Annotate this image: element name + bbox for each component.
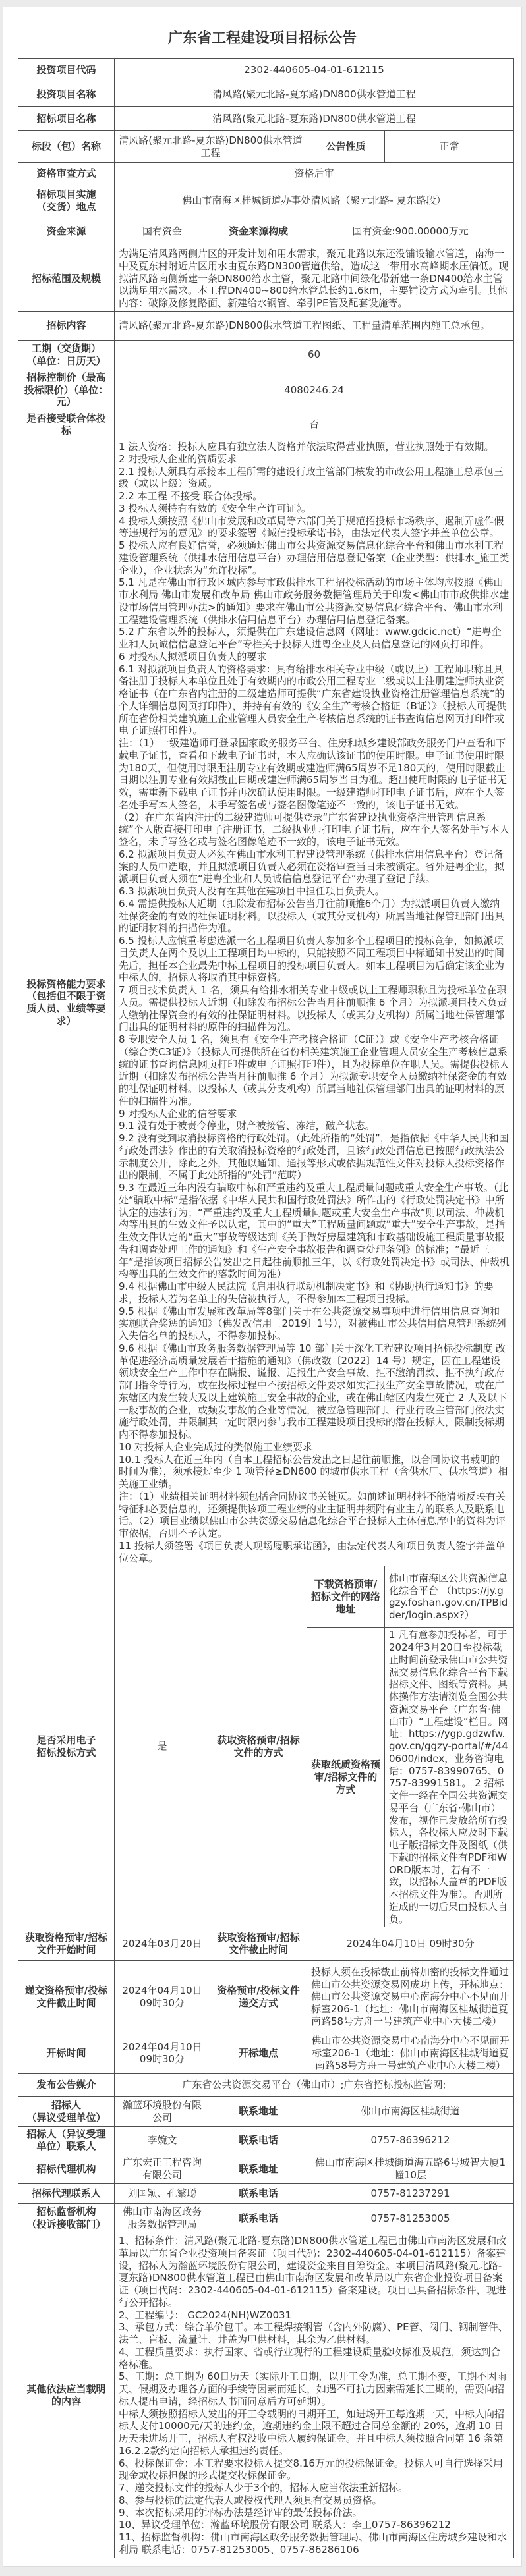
electronic-bidding-label: 是否采用电子 招标投标方式 <box>18 1566 115 1927</box>
agency-value: 广东宏正工程咨询有限公司 <box>115 2154 210 2184</box>
tender-name-value: 清风路(聚元北路-夏东路)DN800供水管道工程 <box>115 107 514 131</box>
tenderer-value: 瀚蓝环境股份有限公司 <box>115 2096 210 2126</box>
bid-opening-place-label: 开标地点 <box>210 2033 307 2073</box>
location-value: 佛山市南海区桂城街道办事处清风路（聚元北路- 夏东路段） <box>115 184 514 217</box>
row-consortium: 是否接受联合体投标 否 <box>18 410 514 439</box>
agency-label: 招标代理机构 <box>18 2154 115 2184</box>
investment-code-label: 投资项目代码 <box>18 59 115 82</box>
funding-value: 国有资金 <box>115 217 210 246</box>
submit-deadline-value: 2024年04月10日 09时30分 <box>115 1961 210 2033</box>
bid-opening-time-label: 开标时间 <box>18 2033 115 2073</box>
media-value: 广东省公共资源交易平台（佛山市）;广东省招标投标监管网; <box>115 2073 514 2096</box>
row-electronic-and-download: 是否采用电子 招标投标方式 是 获取资格预审/招标文件的方式 下载资格预审/招标… <box>18 1566 514 1628</box>
investment-name-value: 清风路(聚元北路-夏东路)DN800供水管道工程 <box>115 82 514 107</box>
row-location: 招标项目实施 （交货）地点 佛山市南海区桂城街道办事处清风路（聚元北路- 夏东路… <box>18 184 514 217</box>
consortium-label: 是否接受联合体投标 <box>18 410 115 439</box>
notice-nature-label: 公告性质 <box>307 131 385 163</box>
bid-opening-place-value: 佛山市公共资源交易中心南海分中心不见面开标室206-1（地址：佛山市南海区桂城街… <box>307 2033 514 2073</box>
tenderer-contact-label: 招标人（异议受理单位）联系人 <box>18 2126 115 2154</box>
control-price-label: 招标控制价（最高投标限价）（单位：元） <box>18 370 115 410</box>
content-value: 清风路(聚元北路-夏东路)DN800供水管道工程图纸、工程量清单范围内施工总承包… <box>115 311 514 340</box>
submit-method-value: 投标人须在投标截止前将加密的投标文件通过佛山市公共资源交易网成功上传，开标地点：… <box>307 1961 514 2033</box>
row-investment-name: 投资项目名称 清风路(聚元北路-夏东路)DN800供水管道工程 <box>18 82 514 107</box>
consortium-value: 否 <box>115 410 514 439</box>
row-agency: 招标代理机构 广东宏正工程咨询有限公司 联系地址 佛山市南海区桂城街道海五路6号… <box>18 2154 514 2184</box>
bid-opening-time-value: 2024年04月10日 09时30分 <box>115 2033 210 2073</box>
obtain-end-value: 2024年04月10日 09时30分 <box>307 1927 514 1961</box>
supervisor-tel-label: 联系电话 <box>210 2204 307 2233</box>
investment-code-value: 2302-440605-04-01-612115 <box>115 59 514 82</box>
tenderer-label: 招标人 （异议受理单位） <box>18 2096 115 2126</box>
investment-name-label: 投资项目名称 <box>18 82 115 107</box>
row-duration: 工期（交货期） （单位：日历天） 60 <box>18 340 514 370</box>
agency-contact-label: 招标代理联系人 <box>18 2184 115 2204</box>
paper-obtain-value: 1 凡有意参加投标者，可于2024年3月20日至投标截止时间前登录佛山市公共资源… <box>385 1628 514 1927</box>
submit-deadline-label: 递交资格预审/投标文件截止时间 <box>18 1961 115 2033</box>
tenderer-tel-label: 联系电话 <box>210 2126 307 2154</box>
tender-name-label: 招标项目名称 <box>18 107 115 131</box>
qualification-requirements-value: 1 法人资格：投标人应具有独立法人资格并依法取得营业执照，营业执照处于有效期。 … <box>115 439 514 1566</box>
obtain-end-label: 获取资格预审/招标文件截止时间 <box>210 1927 307 1961</box>
tenderer-addr-label: 联系地址 <box>210 2096 307 2126</box>
row-investment-code: 投资项目代码 2302-440605-04-01-612115 <box>18 59 514 82</box>
row-qualification-review: 资格审查方式 资格后审 <box>18 163 514 184</box>
tenderer-addr-value: 佛山市南海区桂城街道 <box>307 2096 514 2126</box>
electronic-bidding-value: 是 <box>115 1566 210 1927</box>
qualification-review-label: 资格审查方式 <box>18 163 115 184</box>
row-supervisor: 招标监督机构 （投诉接收部门） 佛山市南海区政务服务数据管理局 联系电话 075… <box>18 2204 514 2233</box>
submit-method-label: 资格预审/投标文件递交方式 <box>210 1961 307 2033</box>
obtain-method-label: 获取资格预审/招标文件的方式 <box>210 1566 307 1927</box>
agency-addr-value: 佛山市南海区桂城街道海五路6号城智大厦1幢10层 <box>307 2154 514 2184</box>
obtain-start-label: 获取资格预审/招标文件开始时间 <box>18 1927 115 1961</box>
other-content-label: 其他依法应当载明 的内容 <box>18 2233 115 2558</box>
row-tenderer: 招标人 （异议受理单位） 瀚蓝环境股份有限公司 联系地址 佛山市南海区桂城街道 <box>18 2096 514 2126</box>
duration-value: 60 <box>115 340 514 370</box>
notice-nature-value: 正常 <box>385 131 514 163</box>
location-label: 招标项目实施 （交货）地点 <box>18 184 115 217</box>
media-label: 发布公告媒介 <box>18 2073 115 2096</box>
row-control-price: 招标控制价（最高投标限价）（单位：元） 4080246.24 <box>18 370 514 410</box>
supervisor-label: 招标监督机构 （投诉接收部门） <box>18 2204 115 2233</box>
funding-composition-label: 资金来源构成 <box>210 217 307 246</box>
row-obtain-time: 获取资格预审/招标文件开始时间 2024年03月20日 获取资格预审/招标文件截… <box>18 1927 514 1961</box>
qualification-review-value: 资格后审 <box>115 163 514 184</box>
tenderer-tel-value: 0757-86396212 <box>307 2126 514 2154</box>
obtain-start-value: 2024年03月20日 <box>115 1927 210 1961</box>
agency-addr-label: 联系地址 <box>210 2154 307 2184</box>
row-funding: 资金来源 国有资金 资金来源构成 国有资金:900.00000万元 <box>18 217 514 246</box>
scope-value: 为满足清风路两侧片区的开发计划和用水需求，聚元北路以东还没铺设输水管道，南海一中… <box>115 246 514 312</box>
agency-contact-value: 刘国颖、孔繁聪 <box>115 2184 210 2204</box>
row-bid-opening: 开标时间 2024年04月10日 09时30分 开标地点 佛山市公共资源交易中心… <box>18 2033 514 2073</box>
supervisor-value: 佛山市南海区政务服务数据管理局 <box>115 2204 210 2233</box>
row-section: 标段（包）名称 清风路(聚元北路-夏东路)DN800供水管道工程 公告性质 正常 <box>18 131 514 163</box>
funding-composition-value: 国有资金:900.00000万元 <box>307 217 514 246</box>
row-tender-name: 招标项目名称 清风路(聚元北路-夏东路)DN800供水管道工程 <box>18 107 514 131</box>
download-url-value: 佛山市南海区公共资源信息化综合平台 （https://jy.ggzy.fosha… <box>385 1566 514 1628</box>
download-url-label: 下载资格预审/招标文件的网络地址 <box>307 1566 385 1628</box>
tenderer-contact-value: 李婉文 <box>115 2126 210 2154</box>
announcement-page: 广东省工程建设项目招标公告 投资项目代码 2302-440605-04-01-6… <box>3 7 522 2567</box>
scope-label: 招标范围及规模 <box>18 246 115 312</box>
section-label: 标段（包）名称 <box>18 131 115 163</box>
duration-label: 工期（交货期） （单位：日历天） <box>18 340 115 370</box>
row-media: 发布公告媒介 广东省公共资源交易平台（佛山市）;广东省招标投标监管网; <box>18 2073 514 2096</box>
funding-label: 资金来源 <box>18 217 115 246</box>
row-other-content: 其他依法应当载明 的内容 1、招标条件：清风路(聚元北路-夏东路)DN800供水… <box>18 2233 514 2558</box>
section-value: 清风路(聚元北路-夏东路)DN800供水管道工程 <box>115 131 307 163</box>
row-scope: 招标范围及规模 为满足清风路两侧片区的开发计划和用水需求，聚元北路以东还没铺设输… <box>18 246 514 312</box>
content-label: 招标内容 <box>18 311 115 340</box>
row-submit: 递交资格预审/投标文件截止时间 2024年04月10日 09时30分 资格预审/… <box>18 1961 514 2033</box>
agency-tel-label: 联系电话 <box>210 2184 307 2204</box>
row-agency-contact: 招标代理联系人 刘国颖、孔繁聪 联系电话 0757-81237291 <box>18 2184 514 2204</box>
other-content-value: 1、招标条件：清风路(聚元北路-夏东路)DN800供水管道工程已由佛山市南海区发… <box>115 2233 514 2558</box>
supervisor-tel-value: 0757-81253005 <box>307 2204 514 2233</box>
paper-obtain-label: 获取纸质资格预审/招标文件的方式 <box>307 1628 385 1927</box>
row-content: 招标内容 清风路(聚元北路-夏东路)DN800供水管道工程图纸、工程量清单范围内… <box>18 311 514 340</box>
agency-tel-value: 0757-81237291 <box>307 2184 514 2204</box>
page-title: 广东省工程建设项目招标公告 <box>3 7 521 58</box>
row-qualification-requirements: 投标资格能力要求（包括但不限于资质人员、业绩等要求） 1 法人资格：投标人应具有… <box>18 439 514 1566</box>
control-price-value: 4080246.24 <box>115 370 514 410</box>
tender-announcement-table: 投资项目代码 2302-440605-04-01-612115 投资项目名称 清… <box>18 58 514 2558</box>
row-tenderer-contact: 招标人（异议受理单位）联系人 李婉文 联系电话 0757-86396212 <box>18 2126 514 2154</box>
qualification-requirements-label: 投标资格能力要求（包括但不限于资质人员、业绩等要求） <box>18 439 115 1566</box>
